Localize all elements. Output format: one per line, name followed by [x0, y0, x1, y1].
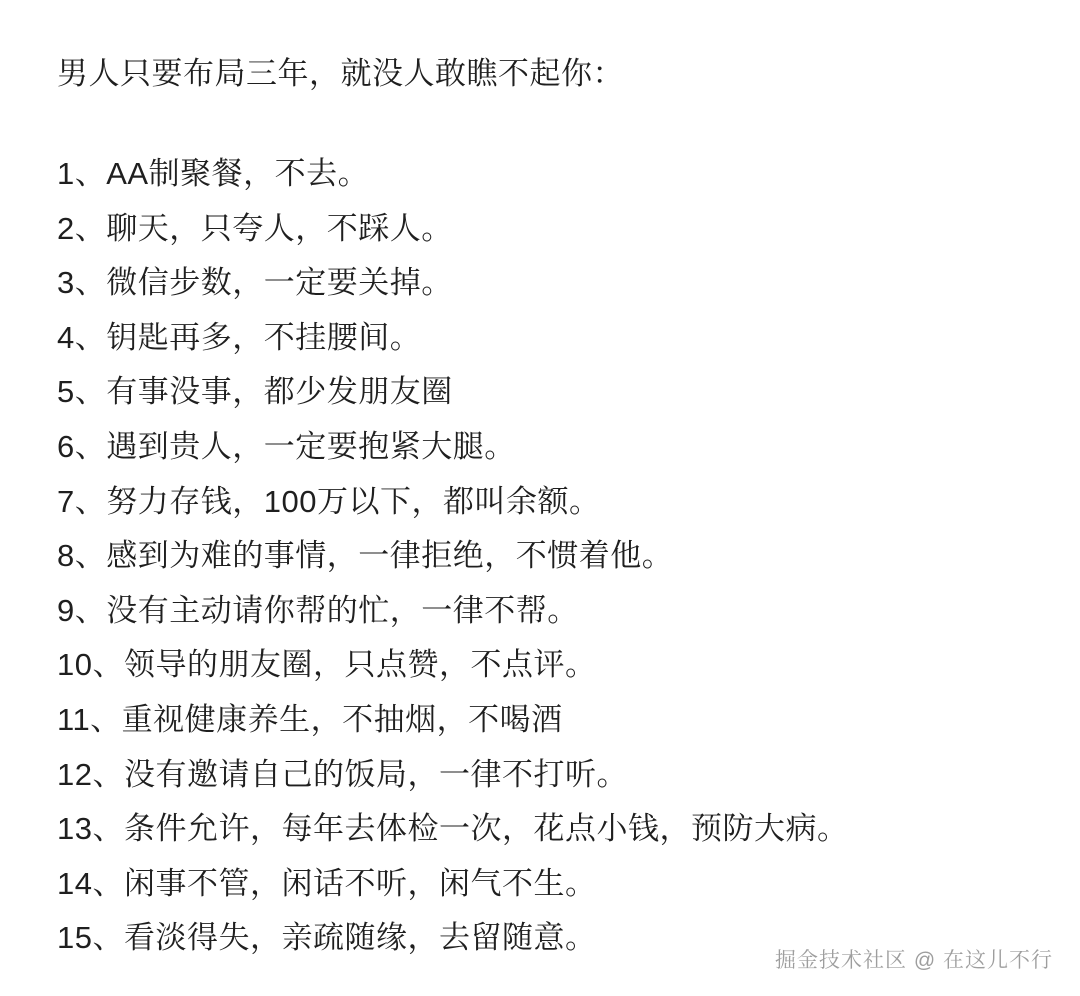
list-item: 13、条件允许，每年去体检一次，花点小钱，预防大病。 — [57, 802, 848, 857]
list-item: 1、AA制聚餐，不去。 — [57, 147, 848, 202]
list-item: 6、遇到贵人，一定要抱紧大腿。 — [57, 420, 848, 475]
list-item: 15、看淡得失，亲疏随缘，去留随意。 — [57, 911, 848, 966]
page-title: 男人只要布局三年，就没人敢瞧不起你： — [57, 48, 624, 93]
list-item: 7、努力存钱，100万以下，都叫余额。 — [57, 475, 848, 530]
list-item: 4、钥匙再多，不挂腰间。 — [57, 311, 848, 366]
watermark: 掘金技术社区 @ 在这儿不行 — [775, 944, 1053, 974]
list-item: 5、有事没事，都少发朋友圈 — [57, 365, 848, 420]
list-item: 10、领导的朋友圈，只点赞，不点评。 — [57, 638, 848, 693]
list-item: 14、闲事不管，闲话不听，闲气不生。 — [57, 857, 848, 912]
list-item: 8、感到为难的事情，一律拒绝，不惯着他。 — [57, 529, 848, 584]
rules-list: 1、AA制聚餐，不去。 2、聊天，只夸人，不踩人。 3、微信步数，一定要关掉。 … — [57, 147, 848, 966]
list-item: 9、没有主动请你帮的忙，一律不帮。 — [57, 584, 848, 639]
list-item: 3、微信步数，一定要关掉。 — [57, 256, 848, 311]
document-page: 男人只要布局三年，就没人敢瞧不起你： 1、AA制聚餐，不去。 2、聊天，只夸人，… — [0, 0, 1080, 996]
list-item: 11、重视健康养生，不抽烟，不喝酒 — [57, 693, 848, 748]
list-item: 12、没有邀请自己的饭局，一律不打听。 — [57, 748, 848, 803]
list-item: 2、聊天，只夸人，不踩人。 — [57, 202, 848, 257]
